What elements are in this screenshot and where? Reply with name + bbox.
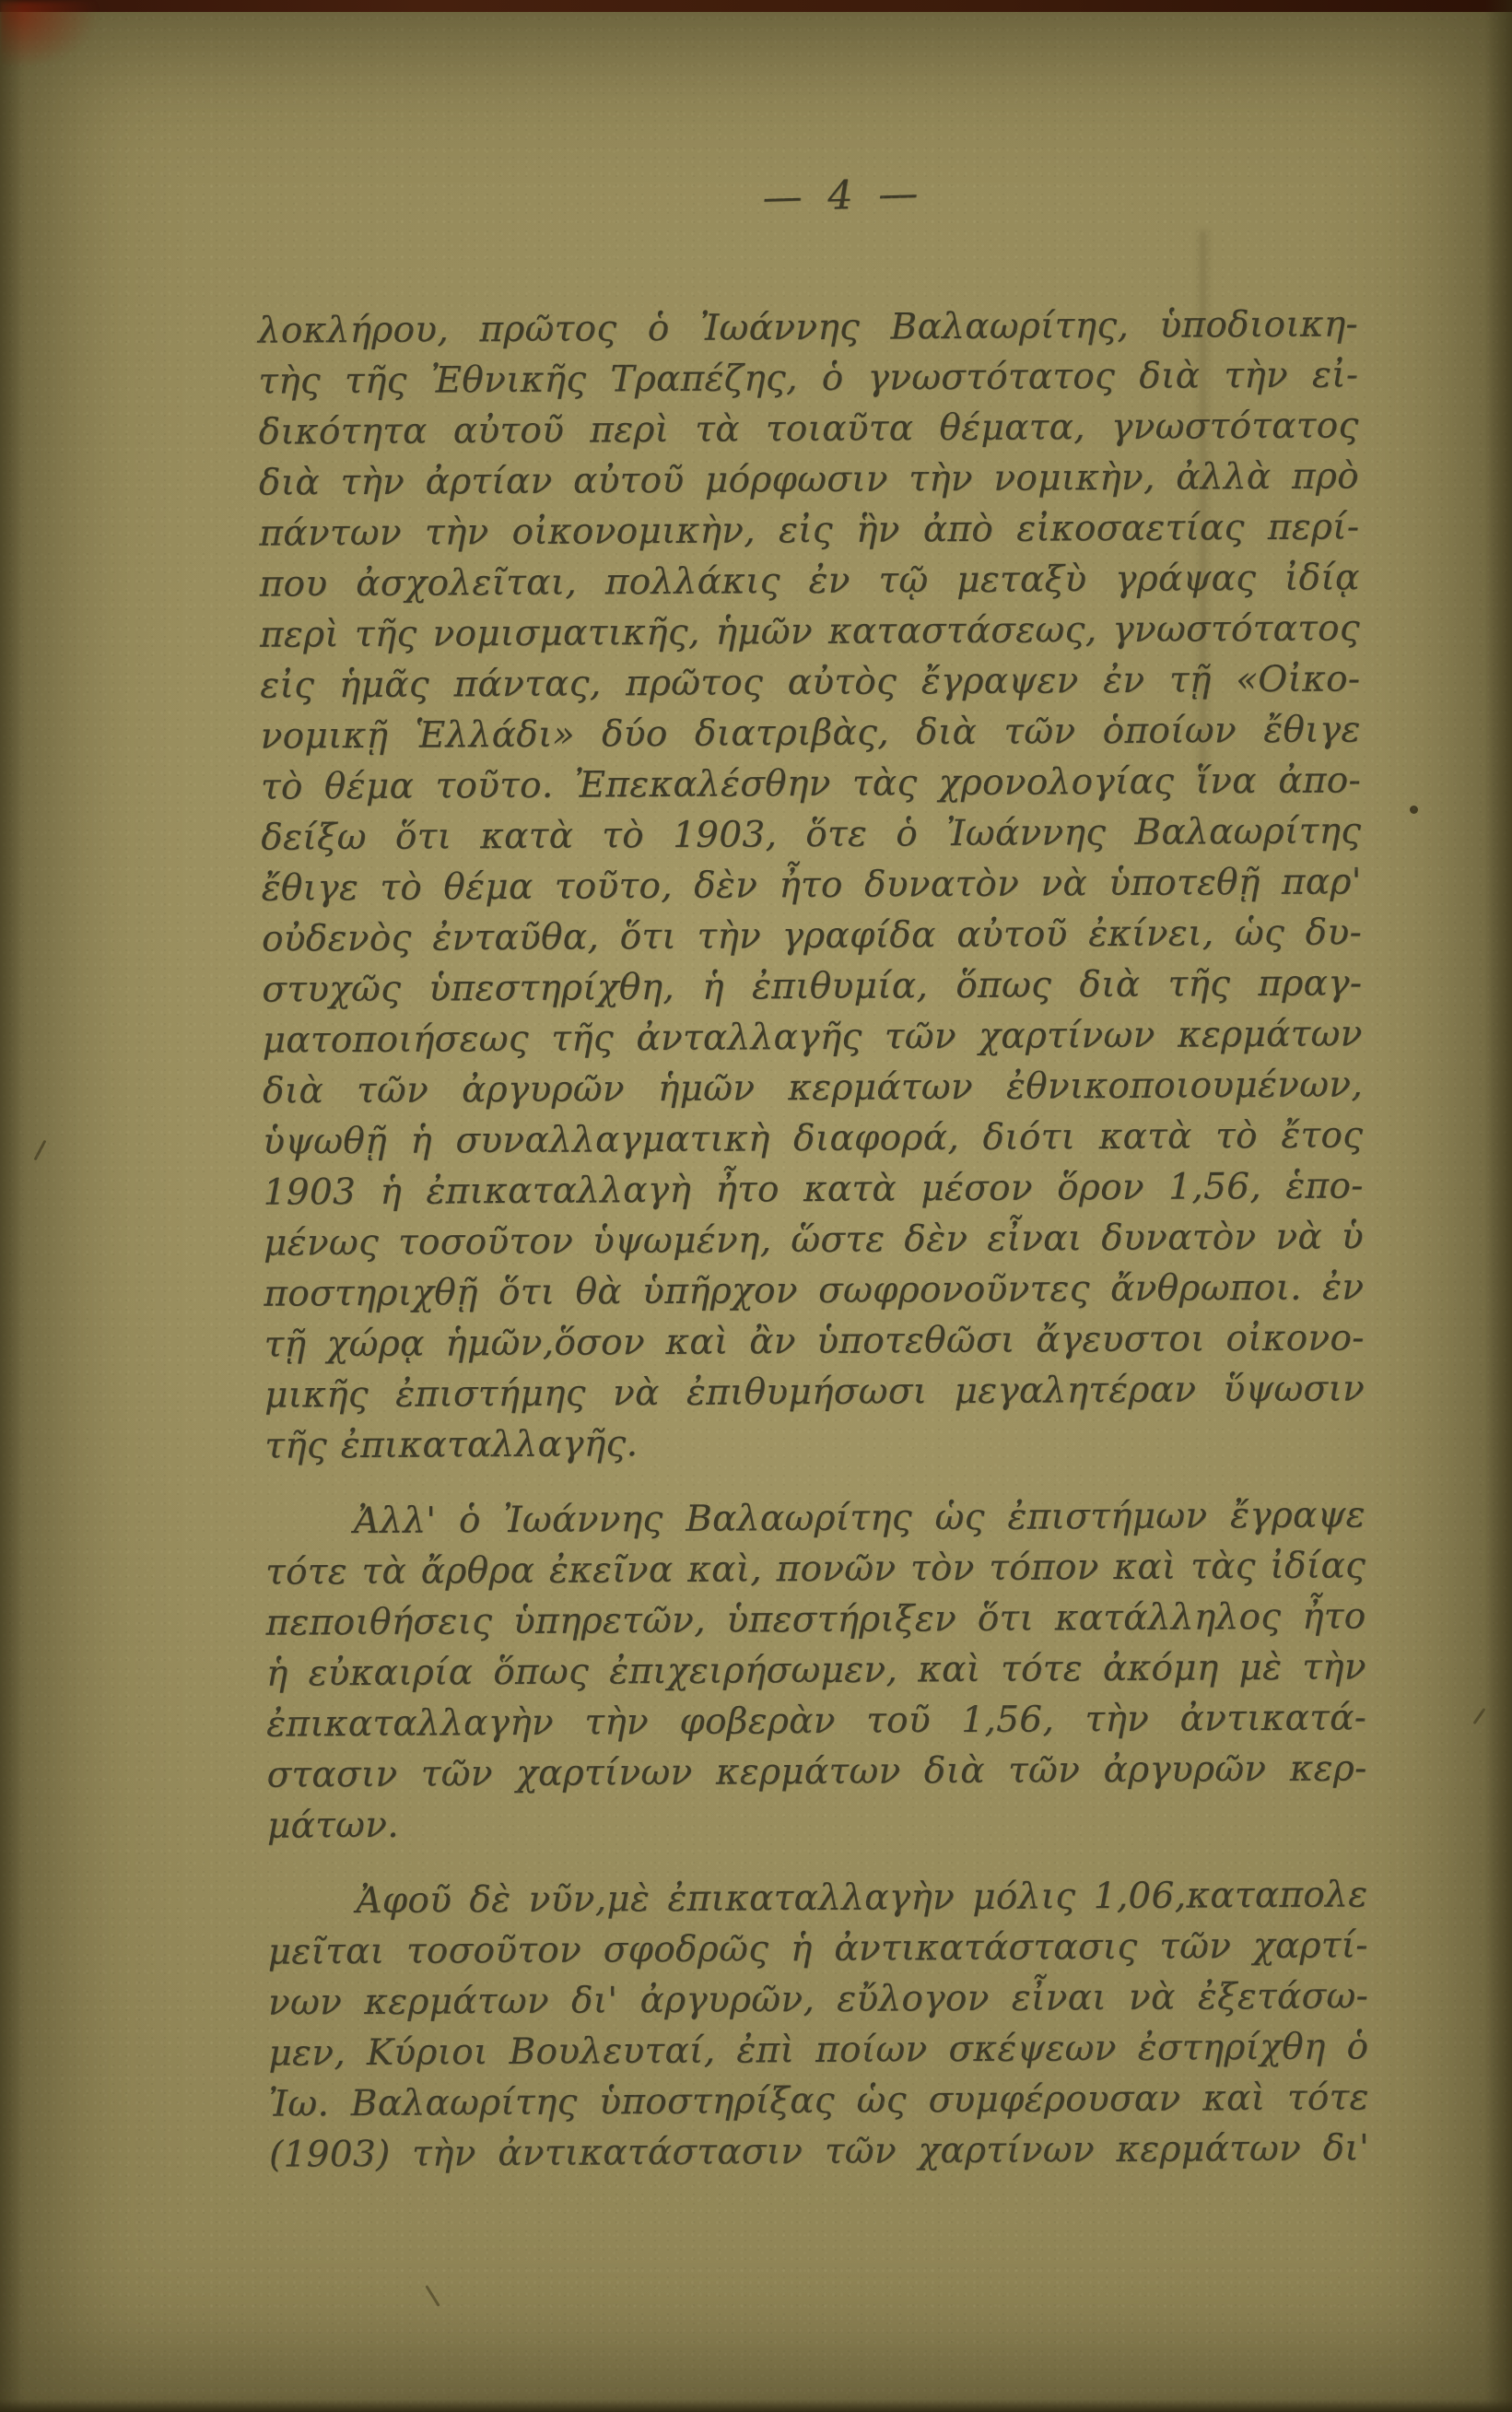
text-line: περὶ τῆς νομισματικῆς, ἡμῶν καταστάσεως,… [260, 603, 1360, 660]
scanned-page: — 4 — λοκλήρου, πρῶτος ὁ Ἰωάννης Βαλαωρί… [0, 0, 1512, 2412]
text-line: ποστηριχθῇ ὅτι θὰ ὑπῆρχον σωφρονοῦντες ἄ… [264, 1262, 1364, 1319]
text-line: τῆς ἐπικαταλλαγῆς. [264, 1414, 1365, 1471]
text-line: νων κερμάτων δι' ἀργυρῶν, εὔλογον εἶναι … [268, 1971, 1368, 2028]
text-line: πεποιθήσεις ὑπηρετῶν, ὑπεστήριξεν ὅτι κα… [265, 1591, 1365, 1648]
paragraph: Ἀλλ' ὁ Ἰωάννης Βαλαωρίτης ὡς ἐπιστήμων ἔ… [265, 1489, 1367, 1851]
scan-top-edge [0, 0, 1512, 12]
text-line: ματοποιήσεως τῆς ἀνταλλαγῆς τῶν χαρτίνων… [263, 1008, 1363, 1065]
text-line: ἐπικαταλλαγὴν τὴν φοβερὰν τοῦ 1,56, τὴν … [266, 1692, 1366, 1749]
text-line: ἡ εὐκαιρία ὅπως ἐπιχειρήσωμεν, καὶ τότε … [266, 1641, 1366, 1699]
text-line: Ἰω. Βαλαωρίτης ὑποστηρίξας ὡς συμφέρουσα… [269, 2072, 1369, 2129]
text-line: που ἀσχολεῖται, πολλάκις ἐν τῷ μεταξὺ γρ… [259, 552, 1359, 609]
text-line: τὴς τῆς Ἐθνικῆς Τραπέζης, ὁ γνωστότατος … [258, 349, 1358, 406]
scan-right-edge [1484, 0, 1512, 2412]
text-line: τότε τὰ ἄρθρα ἐκεῖνα καὶ, πονῶν τὸν τόπο… [265, 1540, 1365, 1597]
text-line: ἔθιγε τὸ θέμα τοῦτο, δὲν ἦτο δυνατὸν νὰ … [261, 856, 1361, 913]
paragraph: Ἀφοῦ δὲ νῦν,μὲ ἐπικαταλλαγὴν μόλις 1,06,… [267, 1869, 1369, 2180]
scan-bottom-edge [0, 2399, 1512, 2412]
ink-speck [1410, 806, 1418, 814]
text-line: στυχῶς ὑπεστηρίχθη, ἡ ἐπιθυμία, ὅπως διὰ… [262, 958, 1362, 1015]
text-line: λοκλήρου, πρῶτος ὁ Ἰωάννης Βαλαωρίτης, ὑ… [258, 299, 1358, 356]
text-line: εἰς ἡμᾶς πάντας, πρῶτος αὐτὸς ἔγραψεν ἐν… [260, 653, 1360, 711]
text-line: μικῆς ἐπιστήμης νὰ ἐπιθυμήσωσι μεγαλητέρ… [264, 1363, 1365, 1420]
page-number: — 4 — [0, 154, 1512, 242]
text-line: μεν, Κύριοι Βουλευταί, ἐπὶ ποίων σκέψεων… [268, 2021, 1368, 2078]
text-line: δείξω ὅτι κατὰ τὸ 1903, ὅτε ὁ Ἰωάννης Βα… [261, 806, 1361, 863]
text-line: Ἀλλ' ὁ Ἰωάννης Βαλαωρίτης ὡς ἐπιστήμων ἔ… [265, 1489, 1365, 1547]
text-block: λοκλήρου, πρῶτος ὁ Ἰωάννης Βαλαωρίτης, ὑ… [258, 299, 1369, 2180]
text-line: δικότητα αὐτοῦ περὶ τὰ τοιαῦτα θέματα, γ… [258, 400, 1358, 457]
text-line: οὐδενὸς ἐνταῦθα, ὅτι τὴν γραφίδα αὐτοῦ ἐ… [262, 907, 1362, 964]
paragraph: λοκλήρου, πρῶτος ὁ Ἰωάννης Βαλαωρίτης, ὑ… [258, 299, 1365, 1471]
text-line: 1903 ἡ ἐπικαταλλαγὴ ἦτο κατὰ μέσον ὅρον … [264, 1160, 1364, 1218]
scan-left-edge [0, 0, 24, 2412]
text-line: μένως τοσοῦτον ὑψωμένη, ὥστε δὲν εἶναι δ… [264, 1211, 1364, 1268]
text-line: διὰ τῶν ἀργυρῶν ἡμῶν κερμάτων ἐθνικοποιο… [263, 1059, 1363, 1116]
text-line: διὰ τὴν ἀρτίαν αὐτοῦ μόρφωσιν τὴν νομικὴ… [259, 451, 1359, 508]
text-line: νομικῇ Ἑλλάδι» δύο διατριβὰς, διὰ τῶν ὁπ… [260, 704, 1360, 761]
text-line: μεῖται τοσοῦτον σφοδρῶς ἡ ἀντικατάστασις… [268, 1920, 1368, 1977]
text-line: τῇ χώρᾳ ἡμῶν,ὅσον καὶ ἂν ὑποτεθῶσι ἄγευσ… [264, 1312, 1365, 1370]
text-line: στασιν τῶν χαρτίνων κερμάτων διὰ τῶν ἀργ… [266, 1743, 1366, 1800]
text-line: ὑψωθῇ ἡ συναλλαγματικὴ διαφορά, διότι κα… [263, 1110, 1363, 1167]
text-line: μάτων. [267, 1794, 1367, 1851]
text-line: Ἀφοῦ δὲ νῦν,μὲ ἐπικαταλλαγὴν μόλις 1,06,… [267, 1869, 1367, 1926]
text-line: (1903) τὴν ἀντικατάστασιν τῶν χαρτίνων κ… [269, 2123, 1369, 2180]
ink-speck [425, 2285, 440, 2307]
text-line: πάντων τὴν οἰκονομικὴν, εἰς ἣν ἀπὸ εἰκοσ… [259, 501, 1359, 559]
text-line: τὸ θέμα τοῦτο. Ἐπεκαλέσθην τὰς χρονολογί… [261, 755, 1361, 812]
ink-speck [34, 1140, 47, 1161]
